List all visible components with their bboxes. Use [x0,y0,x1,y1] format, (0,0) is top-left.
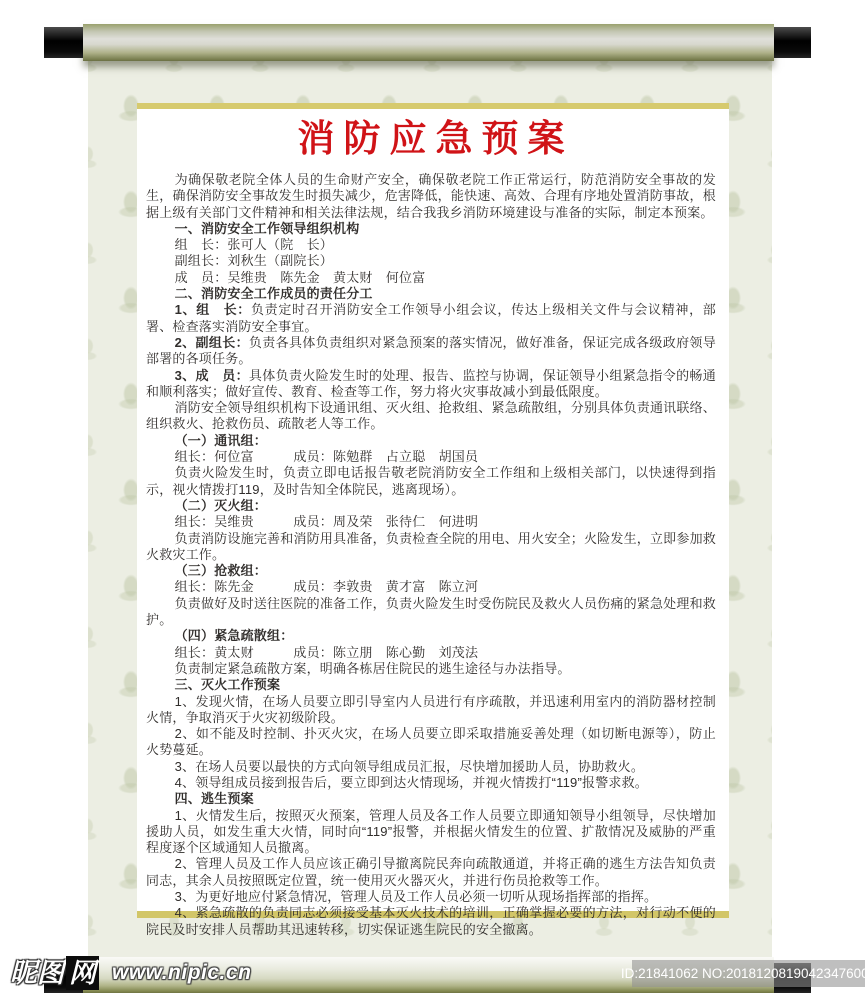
doc-item-duty-deputy: 2、副组长：负责各具体负责组织对紧急预案的落实情况，做好准备，保证完成各级政府领… [146,335,716,368]
doc-paragraph-group-evac-duty: 负责制定紧急疏散方案，明确各栋居住院民的逃生途径与办法指导。 [146,661,716,677]
doc-line-deputy: 副组长：刘秋生（副院长） [146,253,716,269]
doc-heading-group-fire: （二）灭火组： [146,498,716,514]
doc-paragraph-ext-1: 1、发现火情，在场人员要立即引导室内人员进行有序疏散，并迅速利用室内的消防器材控… [146,694,716,727]
nipic-logo: 昵图 网 [10,956,99,990]
document-title: 消防应急预案 [155,117,716,161]
doc-heading-section3: 三、灭火工作预案 [146,677,716,693]
doc-line-leader: 组 长：张可人（院 长） [146,237,716,253]
doc-heading-group-comm: （一）通讯组： [146,433,716,449]
doc-item-lead: 1、组 长： [175,302,251,317]
nipic-logo-box-char: 网 [66,956,99,990]
doc-heading-group-evac: （四）紧急疏散组： [146,628,716,644]
doc-paragraph-groups: 消防安全领导组织机构下设通讯组、灭火组、抢救组、紧急疏散组，分别具体负责通讯联络… [146,400,716,433]
watermark-id-text: ID:21841062 NO:20181208190423476000 [621,966,865,981]
watermark-site-url: www.nipic.cn [112,961,251,985]
doc-paragraph-ext-2: 2、如不能及时控制、扑灭火灾，在场人员要立即采取措施妥善处理（如切断电源等），防… [146,726,716,759]
document-body: 消防应急预案 为确保敬老院全体人员的生命财产安全，确保敬老院工作正常运行，防范消… [137,109,729,938]
document-panel: 消防应急预案 为确保敬老院全体人员的生命财产安全，确保敬老院工作正常运行，防范消… [137,103,729,918]
doc-heading-section4: 四、逃生预案 [146,791,716,807]
doc-line-group-fire-members: 组长：吴维贵 成员：周及荣 张待仁 何进明 [146,514,716,530]
doc-heading-group-rescue: （三）抢救组： [146,563,716,579]
doc-paragraph-group-rescue-duty: 负责做好及时送往医院的准备工作，负责火险发生时受伤院民及救火人员伤痛的紧急处理和… [146,596,716,629]
doc-item-lead: 3、成 员： [175,368,249,383]
poster-canvas: 消防应急预案 为确保敬老院全体人员的生命财产安全，确保敬老院工作正常运行，防范消… [0,0,865,993]
doc-item-duty-leader: 1、组 长：负责定时召开消防安全工作领导小组会议，传达上级相关文件与会议精神，部… [146,302,716,335]
doc-paragraph-group-comm-duty: 负责火险发生时，负责立即电话报告敬老院消防安全工作组和上级相关部门，以快速得到指… [146,465,716,498]
doc-paragraph-esc-3: 3、为更好地应付紧急情况，管理人员及工作人员必须一切听从现场指挥部的指挥。 [146,889,716,905]
scroll-roller-top-left-cap [44,27,83,58]
scroll-roller-top-bar [83,24,774,61]
doc-item-duty-members: 3、成 员：具体负责火险发生时的处理、报告、监控与协调，保证领导小组紧急指令的畅… [146,368,716,401]
doc-line-group-comm-members: 组长：何位富 成员：陈勉群 占立聪 胡国员 [146,449,716,465]
doc-paragraph-ext-3: 3、在场人员要以最快的方式向领导组成员汇报，尽快增加援助人员，协助救火。 [146,759,716,775]
doc-paragraph-group-fire-duty: 负责消防设施完善和消防用具准备，负责检查全院的用电、用火安全；火险发生，立即参加… [146,531,716,564]
doc-paragraph-intro: 为确保敬老院全体人员的生命财产安全，确保敬老院工作正常运行，防范消防安全事故的发… [146,172,716,221]
doc-item-lead: 2、副组长： [175,335,249,350]
doc-line-members: 成 员：吴维贵 陈先金 黄太财 何位富 [146,270,716,286]
doc-paragraph-esc-1: 1、火情发生后，按照灭火预案，管理人员及各工作人员要立即通知领导小组领导，尽快增… [146,808,716,857]
doc-heading-section2: 二、消防安全工作成员的责任分工 [146,286,716,302]
doc-paragraph-esc-4: 4、紧急疏散的负责同志必须接受基本灭火技术的培训，正确掌握必要的方法，对行动不便… [146,905,716,938]
doc-heading-section1: 一、消防安全工作领导组织机构 [146,221,716,237]
scroll-roller-top [44,24,811,61]
doc-paragraph-ext-4: 4、领导组成员接到报告后，要立即到达火情现场，并视火情拨打“119”报警求救。 [146,775,716,791]
watermark-id-bar: ID:21841062 NO:20181208190423476000 [632,960,865,987]
scroll-paper: 消防应急预案 为确保敬老院全体人员的生命财产安全，确保敬老院工作正常运行，防范消… [88,58,772,958]
doc-paragraph-esc-2: 2、管理人员及工作人员应该正确引导撤离院民奔向疏散通道，并将正确的逃生方法告知负… [146,856,716,889]
nipic-logo-text: 昵图 [10,958,64,988]
doc-line-group-rescue-members: 组长：陈先金 成员：李敦贵 黄才富 陈立河 [146,579,716,595]
scroll-roller-top-right-cap [774,27,811,58]
watermark-logo: 昵图 网 www.nipic.cn [10,955,251,991]
doc-line-group-evac-members: 组长：黄太财 成员：陈立朋 陈心勤 刘茂法 [146,645,716,661]
